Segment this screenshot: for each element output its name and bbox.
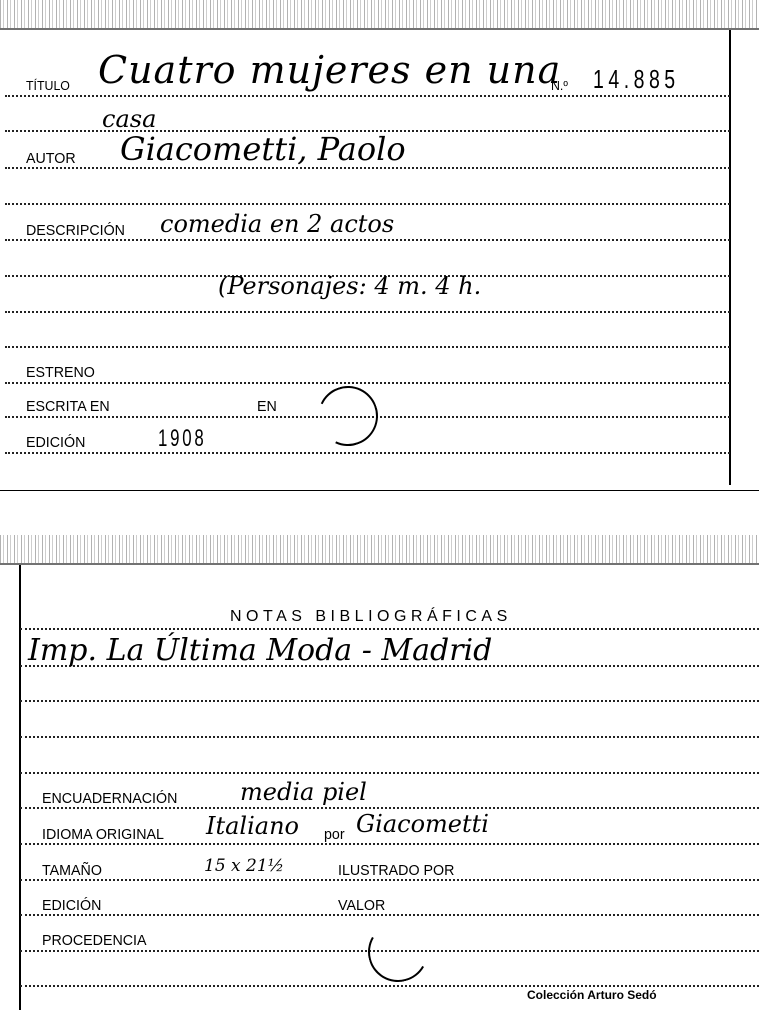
titulo-label: TÍTULO [26,78,70,93]
rule-line [5,203,730,205]
rule-line [20,628,759,630]
card-bottom-edge [0,490,759,491]
idioma-label: IDIOMA ORIGINAL [42,826,164,843]
por-value: Giacometti [356,810,489,838]
rule-line [20,700,759,702]
tamano-value: 15 x 21½ [204,856,284,876]
edicion-label: EDICIÓN [26,434,85,451]
en-label: EN [257,398,277,415]
personajes-value: (Personajes: 4 m. 4 h. [218,272,481,300]
rule-line [20,843,759,845]
rule-line [5,346,730,348]
rule-line [5,95,730,97]
scanned-card-edge [0,0,759,30]
rule-line [20,985,759,987]
rule-line [5,311,730,313]
rule-line [20,736,759,738]
section-title: NOTAS BIBLIOGRÁFICAS [230,608,512,626]
edicion-value: 1908 [158,425,207,453]
rule-line [20,807,759,809]
rule-line [20,772,759,774]
escrita-en-label: ESCRITA EN [26,398,110,415]
encuadernacion-value: media piel [240,778,367,806]
por-label: por [324,826,345,843]
descripcion-value: comedia en 2 actos [160,210,394,238]
numero-label: N.º [551,78,568,93]
estreno-label: ESTRENO [26,364,95,381]
rule-line [20,879,759,881]
tamano-label: TAMAÑO [42,862,102,879]
rule-line [20,914,759,916]
collection-credit: Colección Arturo Sedó [527,988,657,1002]
descripcion-label: DESCRIPCIÓN [26,222,125,239]
rule-line [5,382,730,384]
numero-value: 14.885 [593,64,680,95]
autor-label: AUTOR [26,150,76,167]
catalog-card-front: TÍTULO Cuatro mujeres en una N.º 14.885 … [0,0,759,500]
autor-value: Giacometti, Paolo [120,130,406,168]
rule-line [5,239,730,241]
scanned-card-edge [0,535,759,565]
notes-line-1: Imp. La Última Moda - Madrid [28,633,492,668]
titulo-value: Cuatro mujeres en una [98,48,561,92]
procedencia-label: PROCEDENCIA [42,932,147,949]
edicion-bottom-label: EDICIÓN [42,897,101,914]
card-left-border [19,565,21,1010]
valor-label: VALOR [338,897,385,914]
ilustrado-label: ILUSTRADO POR [338,862,454,879]
titulo-value-continued: casa [102,105,156,133]
idioma-value: Italiano [206,812,299,840]
punch-hole-mark [310,378,387,455]
encuadernacion-label: ENCUADERNACIÓN [42,790,177,807]
rule-line [5,452,730,454]
